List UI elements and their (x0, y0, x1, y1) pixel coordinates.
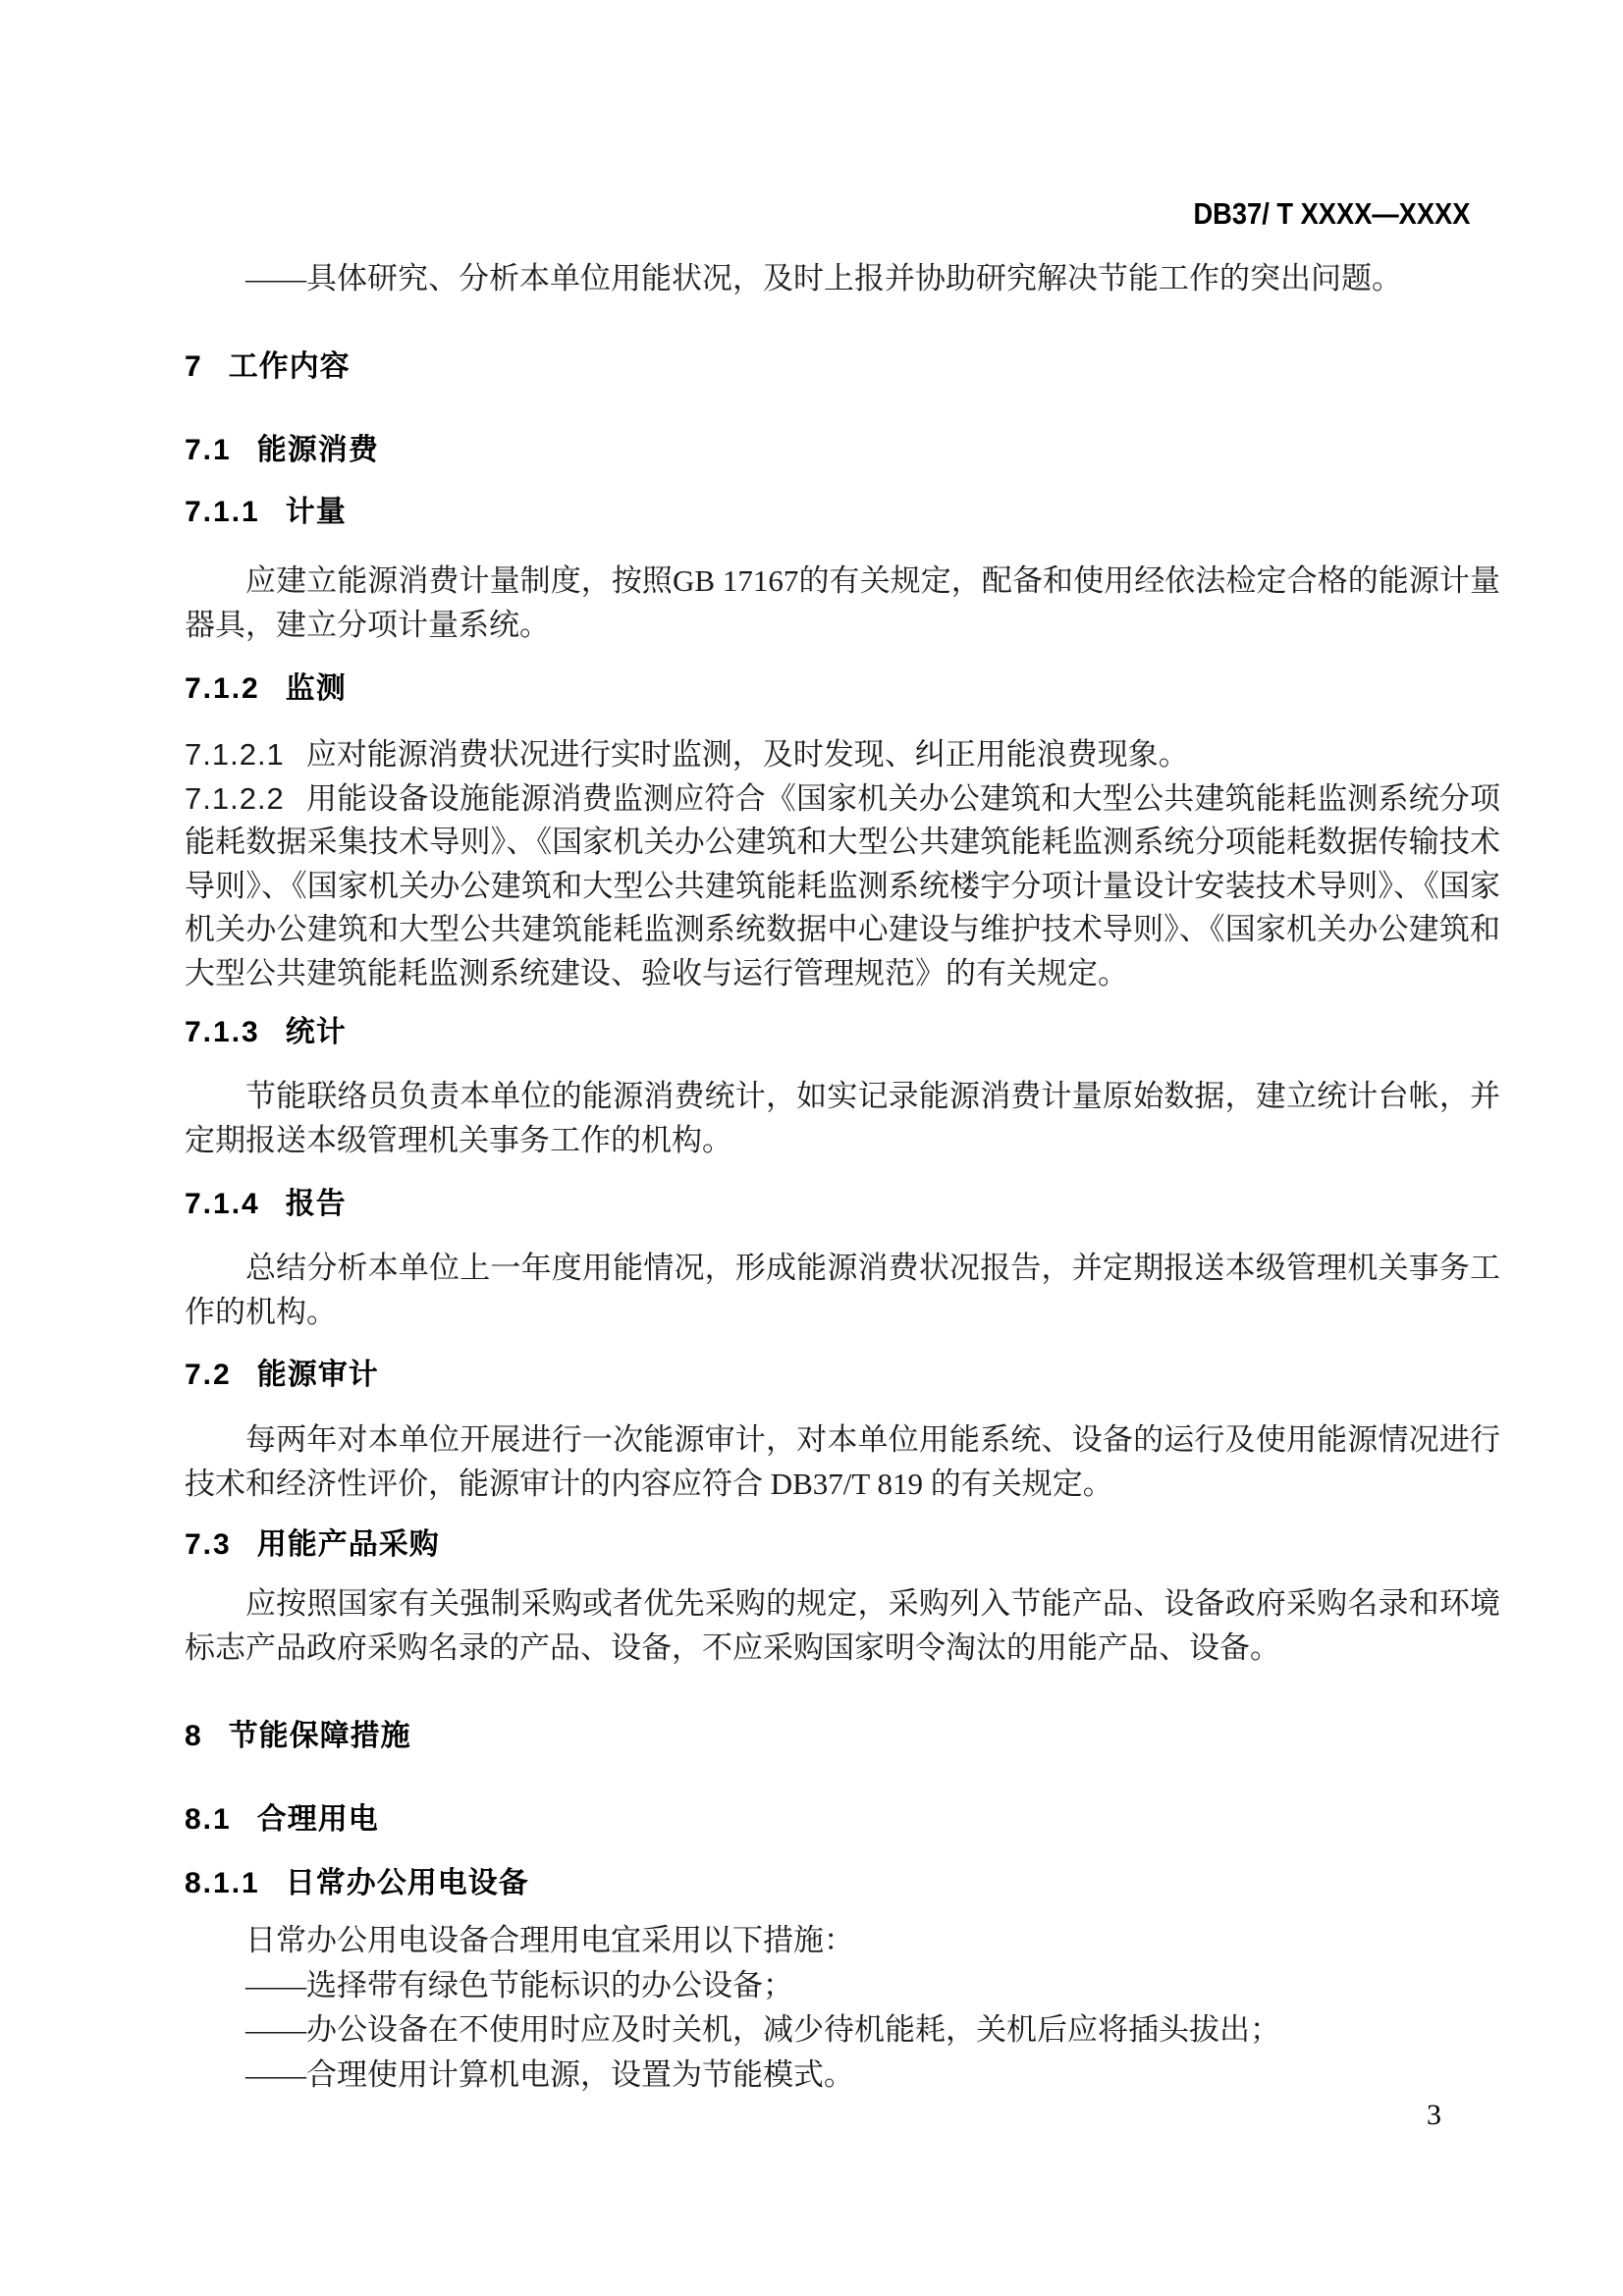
section-number: 7.1.1 (185, 496, 260, 528)
document-page: DB37/ T XXXX—XXXX ——具体研究、分析本单位用能状况，及时上报并… (0, 0, 1623, 2296)
section-title: 监测 (286, 672, 347, 705)
measures-list: 日常办公用电设备合理用电宜采用以下措施： ——选择带有绿色节能标识的办公设备； … (185, 1918, 1500, 2097)
section-heading-7-3: 7.3用能产品采购 (185, 1527, 440, 1563)
section-heading-7-2: 7.2能源审计 (185, 1358, 379, 1393)
list-item: ——合理使用计算机电源，设置为节能模式。 (185, 2053, 1500, 2098)
section-number: 8 (185, 1720, 203, 1752)
section-heading-7-1-4: 7.1.4报告 (185, 1187, 347, 1222)
section-heading-7-1-3: 7.1.3统计 (185, 1015, 347, 1050)
section-number: 7.2 (185, 1359, 232, 1391)
list-item: ——办公设备在不使用时应及时关机，减少待机能耗，关机后应将插头拔出； (185, 2007, 1500, 2053)
section-number: 7.1.2 (185, 672, 260, 705)
clause-text: 应对能源消费状况进行实时监测，及时发现、纠正用能浪费现象。 (306, 737, 1189, 772)
section-title: 计量 (286, 496, 347, 528)
section-heading-8: 8节能保障措施 (185, 1719, 411, 1754)
section-title: 统计 (286, 1016, 347, 1048)
section-number: 7.1.4 (185, 1188, 260, 1220)
page-number: 3 (1427, 2099, 1441, 2132)
section-number: 8.1.1 (185, 1867, 260, 1899)
section-heading-7: 7工作内容 (185, 349, 351, 385)
paragraph-7-2: 每两年对本单位开展进行一次能源审计，对本单位用能系统、设备的运行及使用能源情况进… (185, 1418, 1500, 1506)
section-title: 节能保障措施 (229, 1720, 411, 1752)
paragraph-7-3: 应按照国家有关强制采购或者优先采购的规定，采购列入节能产品、设备政府采购名录和环… (185, 1582, 1500, 1670)
section-number: 7.1 (185, 434, 232, 466)
clause-7-1-2-1: 7.1.2.1应对能源消费状况进行实时监测，及时发现、纠正用能浪费现象。 (185, 733, 1500, 777)
section-number: 8.1 (185, 1803, 232, 1836)
section-title: 日常办公用电设备 (286, 1867, 529, 1899)
paragraph-7-1-4: 总结分析本单位上一年度用能情况，形成能源消费状况报告，并定期报送本级管理机关事务… (185, 1247, 1500, 1334)
doc-code-header: DB37/ T XXXX—XXXX (1193, 196, 1470, 232)
section-heading-7-1: 7.1能源消费 (185, 433, 379, 468)
clause-number: 7.1.2.2 (185, 781, 285, 816)
section-number: 7.3 (185, 1528, 232, 1561)
clause-block-7-1-2: 7.1.2.1应对能源消费状况进行实时监测，及时发现、纠正用能浪费现象。 7.1… (185, 733, 1500, 995)
section-heading-8-1-1: 8.1.1日常办公用电设备 (185, 1866, 529, 1901)
section-heading-8-1: 8.1合理用电 (185, 1802, 379, 1838)
section-number: 7 (185, 350, 203, 383)
clause-text: 用能设备设施能源消费监测应符合《国家机关办公建筑和大型公共建筑能耗监测系统分项能… (185, 781, 1500, 990)
clause-number: 7.1.2.1 (185, 737, 285, 772)
section-title: 报告 (286, 1188, 347, 1220)
section-heading-7-1-1: 7.1.1计量 (185, 495, 347, 530)
list-item: ——选择带有绿色节能标识的办公设备； (185, 1963, 1500, 2008)
measures-intro: 日常办公用电设备合理用电宜采用以下措施： (185, 1918, 1500, 1963)
section-title: 能源审计 (257, 1359, 379, 1391)
section-number: 7.1.3 (185, 1016, 260, 1048)
section-title: 用能产品采购 (257, 1528, 440, 1561)
paragraph-7-1-1: 应建立能源消费计量制度，按照GB 17167的有关规定，配备和使用经依法检定合格… (185, 560, 1500, 647)
paragraph-7-1-3: 节能联络员负责本单位的能源消费统计，如实记录能源消费计量原始数据，建立统计台帐，… (185, 1075, 1500, 1162)
clause-7-1-2-2: 7.1.2.2用能设备设施能源消费监测应符合《国家机关办公建筑和大型公共建筑能耗… (185, 777, 1500, 996)
section-title: 合理用电 (257, 1803, 379, 1836)
section-title: 能源消费 (257, 434, 379, 466)
lead-list-item: ——具体研究、分析本单位用能状况，及时上报并协助研究解决节能工作的突出问题。 (185, 257, 1500, 301)
section-heading-7-1-2: 7.1.2监测 (185, 671, 347, 707)
section-title: 工作内容 (229, 350, 351, 383)
